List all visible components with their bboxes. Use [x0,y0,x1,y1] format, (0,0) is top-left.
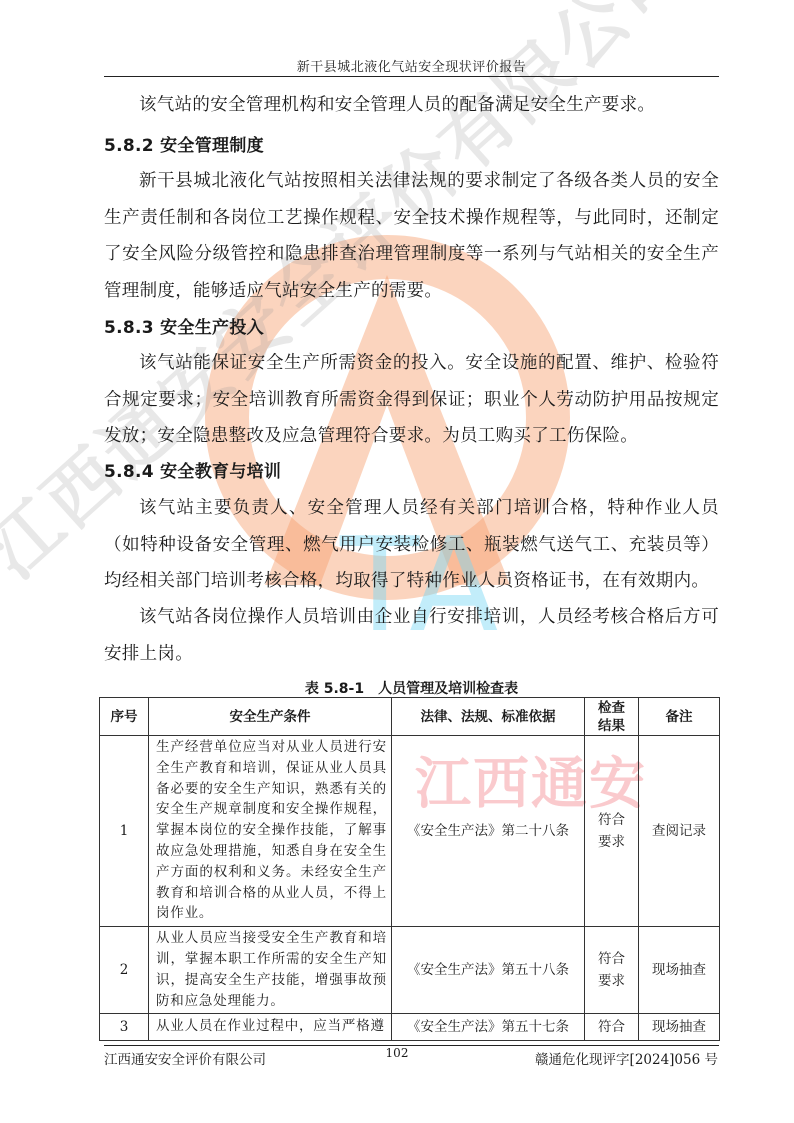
section-heading-5-8-3: 5.8.3 安全生产投入 [104,313,264,338]
section-5-8-2-paragraph: 新干县城北液化气站按照相关法律法规的要求制定了各级各类人员的安全生产责任制和各岗… [104,163,719,309]
row-remark: 现场抽查 [639,927,720,1014]
row-result: 符合 [585,1014,639,1041]
row-basis: 《安全生产法》第五十七条 [392,1014,585,1041]
row-condition: 从业人员应当接受安全生产教育和培训，掌握本职工作所需的安全生产知识，提高安全生产… [149,927,392,1014]
row-number: 2 [100,927,149,1014]
row-condition: 生产经营单位应当对从业人员进行安全生产教育和培训，保证从业人员具备必要的安全生产… [149,736,392,927]
row-basis: 《安全生产法》第五十八条 [392,927,585,1014]
table-row: 1 生产经营单位应当对从业人员进行安全生产教育和培训，保证从业人员具备必要的安全… [100,736,720,927]
footer-doc-number: 赣通危化现评字[2024]056 号 [535,1048,718,1068]
row-result: 符合要求 [585,927,639,1014]
document-page: TA 江西通安 江西通安安全评价有限公司 新干县城北液化气站安全现状评价报告 该… [0,0,794,1123]
row-number: 1 [100,736,149,927]
row-result: 符合要求 [585,736,639,927]
column-header-result: 检查结果 [585,698,639,736]
table-header-row: 序号 安全生产条件 法律、法规、标准依据 检查结果 备注 [100,698,720,736]
column-header-condition: 安全生产条件 [149,698,392,736]
row-condition: 从业人员在作业过程中，应当严格遵 [149,1014,392,1041]
table-row: 3 从业人员在作业过程中，应当严格遵 《安全生产法》第五十七条 符合 现场抽查 [100,1014,720,1041]
header-divider [104,76,719,77]
row-basis: 《安全生产法》第二十八条 [392,736,585,927]
row-remark: 现场抽查 [639,1014,720,1041]
table-caption: 表 5.8-1 人员管理及培训检查表 [104,678,719,698]
section-5-8-4-paragraph-2: 该气站各岗位操作人员培训由企业自行安排培训，人员经考核合格后方可安排上岗。 [104,599,719,672]
section-heading-5-8-4: 5.8.4 安全教育与培训 [104,457,281,482]
row-remark: 查阅记录 [639,736,720,927]
running-header: 新干县城北液化气站安全现状评价报告 [104,56,719,75]
intro-paragraph: 该气站的安全管理机构和安全管理人员的配备满足安全生产要求。 [104,87,719,124]
row-number: 3 [100,1014,149,1041]
table-row: 2 从业人员应当接受安全生产教育和培训，掌握本职工作所需的安全生产知识，提高安全… [100,927,720,1014]
section-heading-5-8-2: 5.8.2 安全管理制度 [104,131,264,156]
section-5-8-4-paragraph-1: 该气站主要负责人、安全管理人员经有关部门培训合格，特种作业人员（如特种设备安全管… [104,490,719,600]
column-header-no: 序号 [100,698,149,736]
personnel-training-check-table: 序号 安全生产条件 法律、法规、标准依据 检查结果 备注 1 生产经营单位应当对… [99,697,720,1041]
column-header-basis: 法律、法规、标准依据 [392,698,585,736]
section-5-8-3-paragraph: 该气站能保证安全生产所需资金的投入。安全设施的配置、维护、检验符合规定要求；安全… [104,345,719,455]
column-header-remark: 备注 [639,698,720,736]
